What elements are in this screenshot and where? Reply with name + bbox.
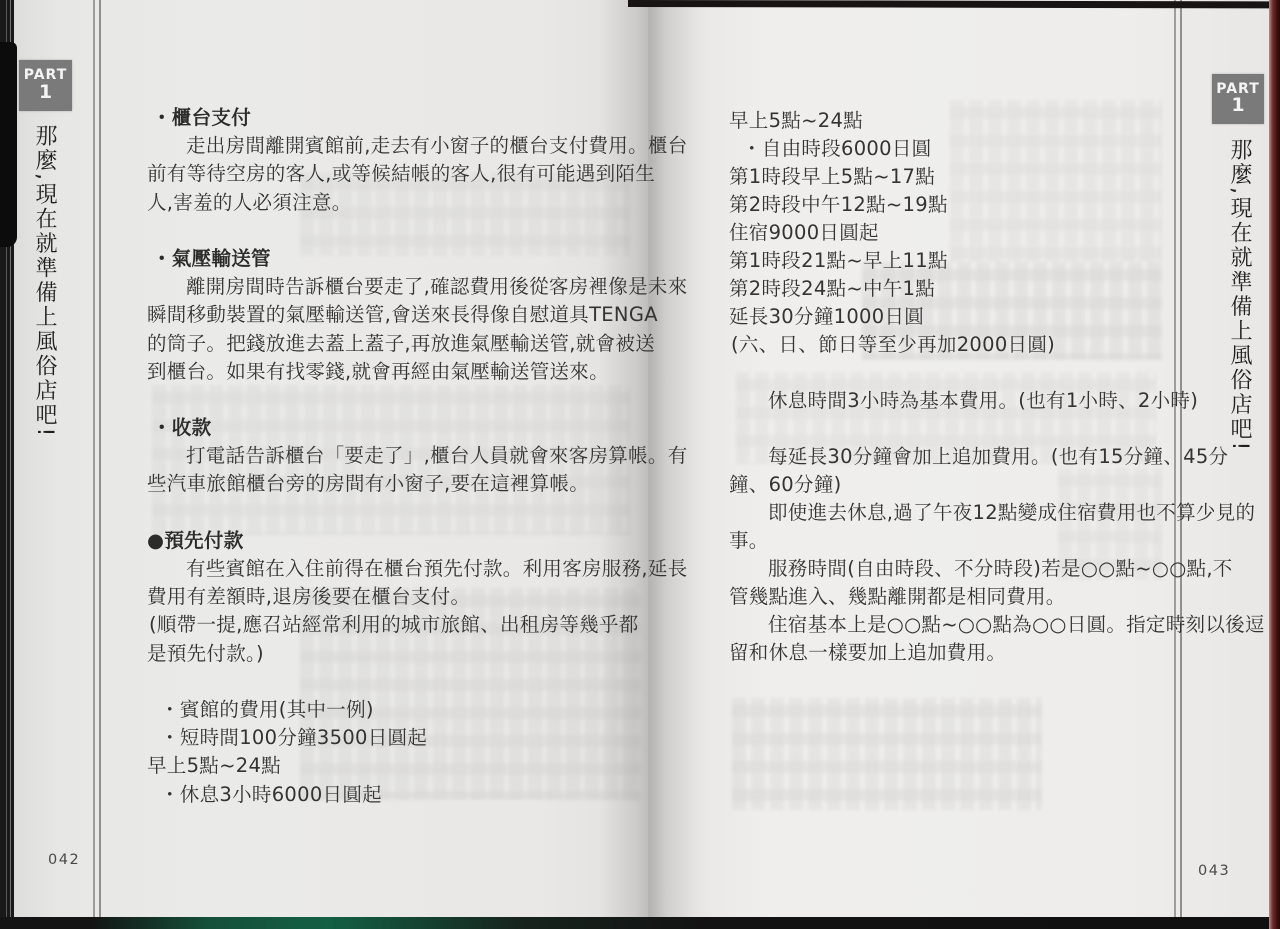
text-line: 的筒子。把錢放進去蓋上蓋子,再放進氣壓輸送管,就會被送 <box>147 330 649 358</box>
text-line: 早上5點~24點 <box>147 752 649 780</box>
book-left-edge-shadow <box>0 42 17 247</box>
part-tab-right: PART 1 <box>1212 74 1264 124</box>
part-number: 1 <box>1212 96 1264 116</box>
page-border-line <box>99 0 101 918</box>
right-page-text: 早上5點~24點 ・自由時段6000日圓 第1時段早上5點~17點 第2時段中午… <box>729 107 1169 667</box>
text-line: ・短時間100分鐘3500日圓起 <box>147 724 649 752</box>
text-line: 事。 <box>729 527 1169 555</box>
text-line: 早上5點~24點 <box>729 107 1169 135</box>
text-line <box>729 359 1169 387</box>
text-line: 第2時段中午12點~19點 <box>729 191 1169 219</box>
text-line: 到櫃台。如果有找零錢,就會再經由氣壓輸送管送來。 <box>147 358 649 386</box>
text-line: ・賓館的費用(其中一例) <box>147 696 649 724</box>
book-spread: PART 1 那麼,現在就準備上風俗店吧! PART 1 那麼,現在就準備上風俗… <box>0 0 1280 929</box>
text-line: 有些賓館在入住前得在櫃台預先付款。利用客房服務,延長 <box>147 555 649 583</box>
text-line: 第1時段21點~早上11點 <box>729 247 1169 275</box>
chapter-title-left: 那麼,現在就準備上風俗店吧! <box>29 124 60 439</box>
book-cover-right-edge <box>1269 0 1280 929</box>
text-line: 每延長30分鐘會加上追加費用。(也有15分鐘、45分 <box>729 443 1169 471</box>
text-line: 打電話告訴櫃台「要走了」,櫃台人員就會來客房算帳。有 <box>147 442 649 470</box>
page-number-left: 042 <box>48 852 80 868</box>
book-bottom-edge <box>0 917 1280 929</box>
text-line: 第1時段早上5點~17點 <box>729 163 1169 191</box>
text-line: 些汽車旅館櫃台旁的房間有小窗子,要在這裡算帳。 <box>147 470 649 498</box>
text-line: ・休息3小時6000日圓起 <box>147 781 649 809</box>
part-tab-left: PART 1 <box>19 60 72 111</box>
text-line: 延長30分鐘1000日圓 <box>729 303 1169 331</box>
scan-top-edge <box>628 0 1280 8</box>
text-line: 住宿基本上是○○點~○○點為○○日圓。指定時刻以後逗 <box>729 611 1169 639</box>
text-line: 第2時段24點~中午1點 <box>729 275 1169 303</box>
text-line: ・櫃台支付 <box>147 104 649 132</box>
text-line: 即使進去休息,過了午夜12點變成住宿費用也不算少見的 <box>729 499 1169 527</box>
part-number: 1 <box>19 83 72 103</box>
page-border-line <box>93 0 95 918</box>
text-line: ・收款 <box>147 414 649 442</box>
page-number-right: 043 <box>1198 863 1230 879</box>
text-line <box>729 415 1169 443</box>
text-line: 管幾點進入、幾點離開都是相同費用。 <box>729 583 1169 611</box>
text-line <box>147 668 649 696</box>
text-line: (六、日、節日等至少再加2000日圓) <box>729 331 1169 359</box>
text-line: 瞬間移動裝置的氣壓輸送管,會送來長得像自慰道具TENGA <box>147 301 649 329</box>
text-line: 費用有差額時,退房後要在櫃台支付。 <box>147 583 649 611</box>
text-line: ・氣壓輸送管 <box>147 245 649 273</box>
text-line: ●預先付款 <box>147 527 649 555</box>
text-line: 鐘、60分鐘) <box>729 471 1169 499</box>
text-line <box>147 217 649 245</box>
text-line: 休息時間3小時為基本費用。(也有1小時、2小時) <box>729 387 1169 415</box>
text-line: 離開房間時告訴櫃台要走了,確認費用後從客房裡像是未來 <box>147 273 649 301</box>
left-page-text: ・櫃台支付 走出房間離開賓館前,走去有小窗子的櫃台支付費用。櫃台 前有等待空房的… <box>147 104 649 809</box>
chapter-title-right: 那麼,現在就準備上風俗店吧! <box>1224 138 1255 453</box>
text-line: 人,害羞的人必須注意。 <box>147 189 649 217</box>
text-line: (順帶一提,應召站經常利用的城市旅館、出租房等幾乎都 <box>147 611 649 639</box>
text-line <box>147 386 649 414</box>
text-line <box>147 499 649 527</box>
text-line: ・自由時段6000日圓 <box>729 135 1169 163</box>
text-line: 住宿9000日圓起 <box>729 219 1169 247</box>
text-line: 走出房間離開賓館前,走去有小窗子的櫃台支付費用。櫃台 <box>147 132 649 160</box>
text-line: 服務時間(自由時段、不分時段)若是○○點~○○點,不 <box>729 555 1169 583</box>
text-line: 留和休息一樣要加上追加費用。 <box>729 639 1169 667</box>
text-line: 是預先付款。) <box>147 640 649 668</box>
text-line: 前有等待空房的客人,或等候結帳的客人,很有可能遇到陌生 <box>147 160 649 188</box>
